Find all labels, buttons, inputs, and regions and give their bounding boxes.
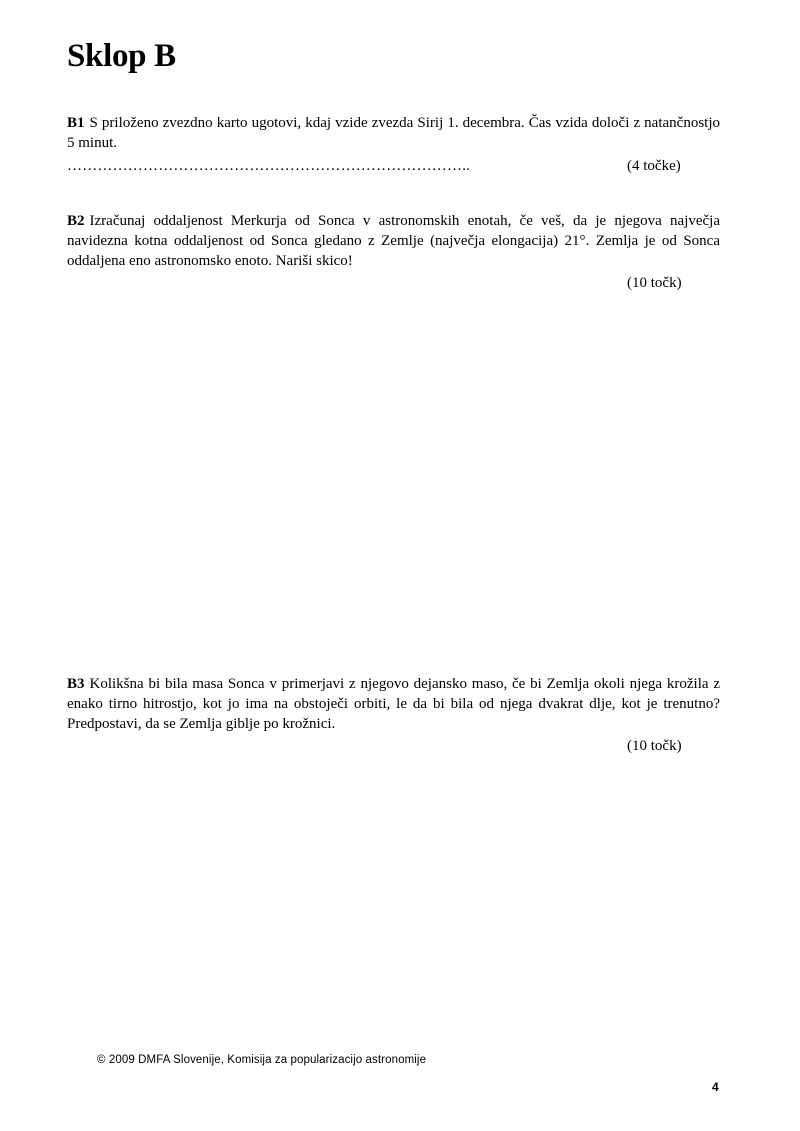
task-id: B1 — [67, 115, 85, 131]
task-b3: B3Kolikšna bi bila masa Sonca v primerja… — [67, 674, 720, 734]
task-points: (10 točk) — [627, 275, 682, 292]
task-points: (4 točke) — [627, 158, 681, 175]
task-b2: B2Izračunaj oddaljenost Merkurja od Sonc… — [67, 211, 720, 271]
document-page: Sklop B B1S priloženo zvezdno karto ugot… — [0, 0, 800, 1131]
footer-copyright: © 2009 DMFA Slovenije, Komisija za popul… — [97, 1054, 426, 1066]
section-title: Sklop B — [67, 38, 176, 75]
task-points: (10 točk) — [627, 738, 682, 755]
task-text: Kolikšna bi bila masa Sonca v primerjavi… — [67, 676, 720, 732]
page-number: 4 — [712, 1080, 719, 1094]
answer-line: …………………………………………………………………….. — [67, 158, 470, 175]
task-b1: B1S priloženo zvezdno karto ugotovi, kda… — [67, 113, 720, 153]
task-text: S priloženo zvezdno karto ugotovi, kdaj … — [67, 115, 720, 151]
task-id: B2 — [67, 213, 85, 229]
task-id: B3 — [67, 676, 85, 692]
task-text: Izračunaj oddaljenost Merkurja od Sonca … — [67, 213, 720, 269]
